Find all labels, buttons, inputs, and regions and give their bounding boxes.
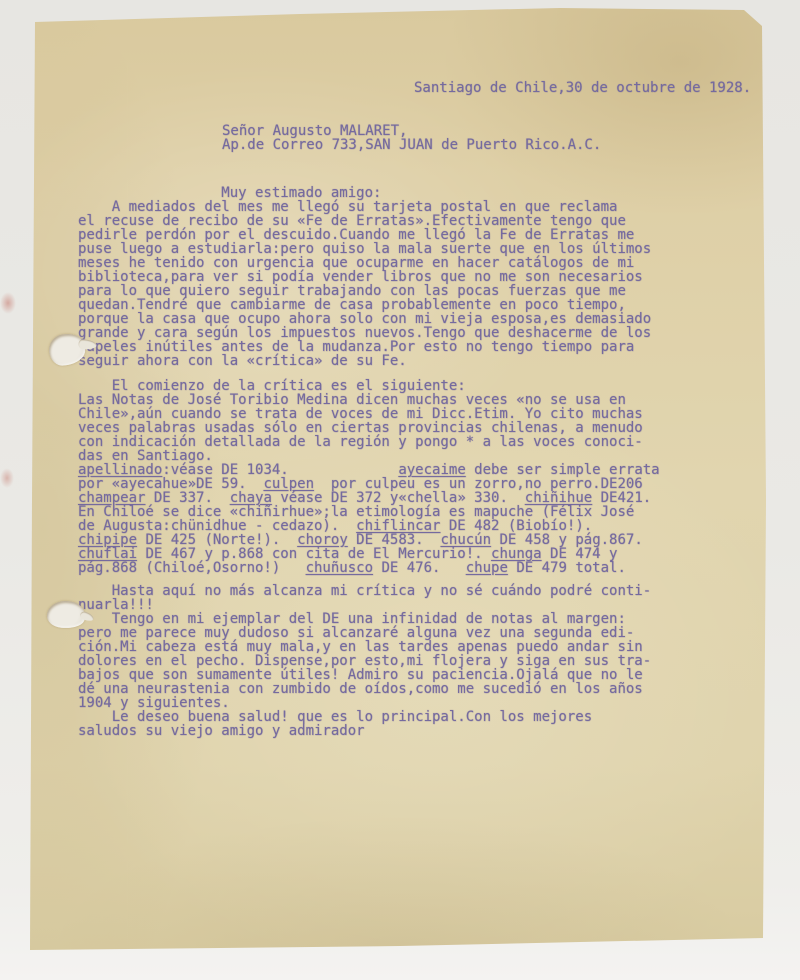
letter-line: nuarla!!! <box>78 598 651 612</box>
red-smudge-upper <box>0 292 16 314</box>
recipient-address: Señor Augusto MALARET,Ap.de Correo 733,S… <box>222 124 601 152</box>
letter-line: das en Santiago. <box>78 449 660 463</box>
letter-line: chipipe DE 425 (Norte!). choroy DE 4583.… <box>78 533 660 547</box>
letter-line: bajos que son sumamente útiles! Admiro s… <box>78 668 651 682</box>
letter-line: puse luego a estudiarla:pero quiso la ma… <box>78 242 651 256</box>
letter-line: quedan.Tendré que cambiarme de casa prob… <box>78 298 651 312</box>
salutation-and-opening-paragraph: Muy estimado amigo: A mediados del mes m… <box>78 186 651 368</box>
letter-line: Le deseo buena salud! que es lo principa… <box>78 710 651 724</box>
red-smudge-lower <box>0 468 14 488</box>
letter-line: por «ayecahue»DE 59. culpen por culpeu e… <box>78 477 660 491</box>
letter-line: pedirle perdón por el descuido.Cuando me… <box>78 228 651 242</box>
letter-line: ción.Mi cabeza está muy mala,y en las ta… <box>78 640 651 654</box>
letter-line: saludos su viejo amigo y admirador <box>78 724 651 738</box>
letter-line: pág.868 (Chiloé,Osorno!) chuñusco DE 476… <box>78 561 660 575</box>
letter-line: con indicación detallada de la región y … <box>78 435 660 449</box>
letter-line: Señor Augusto MALARET, <box>222 124 601 138</box>
letter-line: veces palabras usadas sólo en ciertas pr… <box>78 421 660 435</box>
scan-background: Santiago de Chile,30 de octubre de 1928.… <box>0 0 800 980</box>
letter-line: dé una neurastenia con zumbido de oídos,… <box>78 682 651 696</box>
letter-line: Las Notas de José Toribio Medina dicen m… <box>78 393 660 407</box>
letter-line: champear DE 337. chaya véase DE 372 y«ch… <box>78 491 660 505</box>
letter-line: Tengo en mi ejemplar del DE una infinida… <box>78 612 651 626</box>
critique-paragraph: El comienzo de la crítica es el siguient… <box>78 379 660 575</box>
letter-line: Muy estimado amigo: <box>78 186 651 200</box>
letter-paper: Santiago de Chile,30 de octubre de 1928.… <box>28 6 769 954</box>
letter-line: dolores en el pecho. Dispense,por esto,m… <box>78 654 651 668</box>
letter-line: En Chiloé se dice «chiñirhue»;la etimolo… <box>78 505 660 519</box>
date-line: Santiago de Chile,30 de octubre de 1928. <box>414 81 751 95</box>
letter-line: El comienzo de la crítica es el siguient… <box>78 379 660 393</box>
letter-line: papeles inútiles antes de la mudanza.Por… <box>78 340 651 354</box>
letter-line: apellinado:véase DE 1034. ayecaime debe … <box>78 463 660 477</box>
letter-line: seguir ahora con la «crítica» de su Fe. <box>78 354 651 368</box>
letter-line: de Augusta:chünidhue - cedazo). chiflinc… <box>78 519 660 533</box>
letter-line: Hasta aquí no más alcanza mi crítica y n… <box>78 584 651 598</box>
closing-paragraph: Hasta aquí no más alcanza mi crítica y n… <box>78 584 651 738</box>
letter-line: Chile»,aún cuando se trata de voces de m… <box>78 407 660 421</box>
letter-line: meses he tenido con urgencia que ocuparm… <box>78 256 651 270</box>
letter-line: pero me parece muy dudoso si alcanzaré a… <box>78 626 651 640</box>
letter-line: grande y cara según los impuestos nuevos… <box>78 326 651 340</box>
letter-line: porque la casa que ocupo ahora solo con … <box>78 312 651 326</box>
letter-line: biblioteca,para ver si podía vender libr… <box>78 270 651 284</box>
letter-line: para lo que quiero seguir trabajando con… <box>78 284 651 298</box>
letter-line: el recuse de recibo de su «Fe de Erratas… <box>78 214 651 228</box>
letter-line: 1904 y siguientes. <box>78 696 651 710</box>
letter-line: A mediados del mes me llegó su tarjeta p… <box>78 200 651 214</box>
letter-line: Ap.de Correo 733,SAN JUAN de Puerto Rico… <box>222 138 601 152</box>
letter-line: chuflai DE 467 y p.868 con cita de El Me… <box>78 547 660 561</box>
